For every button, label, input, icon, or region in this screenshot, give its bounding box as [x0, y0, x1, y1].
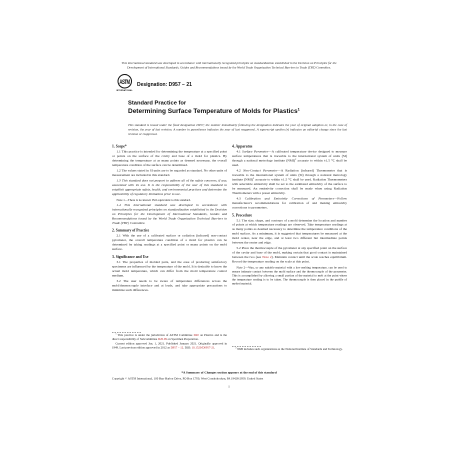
text-run: . DOI: [183, 347, 191, 350]
astm-logo-acronym: ASTM [119, 77, 129, 85]
footnote: Current edition approved Jan. 1, 2021. P… [112, 343, 227, 351]
footnote: 2 NMI includes such organizations as the… [232, 348, 347, 352]
cross-reference-link[interactable]: Note 2 [262, 256, 271, 260]
text-run: This practice is under the jurisdiction … [116, 334, 193, 337]
text-run: Calibration and Emissivity Corrections o… [245, 197, 334, 201]
section-heading: 3. Significance and Use [112, 254, 227, 259]
paragraph: 5.2 Place the thermocouple of the pyrome… [232, 247, 347, 265]
section-heading: 2. Summary of Practice [112, 228, 227, 233]
text-run: Note 1—There is no known ISO equivalent … [117, 198, 191, 202]
note-paragraph: Note 2—Wax, or any suitable material wit… [232, 266, 347, 286]
text-run: 5. Procedure [232, 213, 252, 218]
text-run: 3.1 The properties of molded parts, and … [112, 260, 227, 277]
text-run: 3.2 The user needs to be aware of temper… [112, 280, 227, 292]
copyright-line: Copyright © ASTM International, 100 Barr… [112, 378, 347, 381]
footnote: 1 This practice is under the jurisdictio… [112, 334, 227, 342]
paragraph: 1.1 This practice is intended for determ… [112, 150, 227, 168]
title-block: Standard Practice for Determining Surfac… [128, 100, 348, 115]
title-line2: Determining Surface Temperature of Molds… [128, 107, 348, 115]
text-run: . [214, 347, 215, 350]
title-line1: Standard Practice for [128, 100, 348, 106]
text-run: Surface Pyrometer [242, 150, 268, 154]
text-run: 4. Apparatus [232, 144, 252, 149]
text-run: 4.3 [237, 197, 245, 201]
issued-note: This standard is issued under the fixed … [128, 123, 347, 137]
text-run: 1. Scope* [112, 144, 127, 149]
document-page: This international standard was develope… [0, 0, 458, 458]
paragraph: 4.3 Calibration and Emissivity Correctio… [232, 197, 347, 210]
cross-reference-link[interactable]: D20.09 [158, 338, 167, 341]
paragraph: 3.2 The user needs to be aware of temper… [112, 280, 227, 293]
astm-logo: ASTM INTERNATIONAL [116, 74, 133, 91]
paragraph: 1.4 This international standard was deve… [112, 203, 227, 225]
text-run: NMI includes such organizations as the N… [236, 348, 342, 351]
text-run: 3. Significance and Use [112, 254, 148, 259]
footnotes-left: 1 This practice is under the jurisdictio… [112, 332, 227, 351]
paragraph: 5.1 The size, shape, and contours of a m… [232, 219, 347, 246]
text-run: 2. Summary of Practice [112, 228, 149, 233]
top-disclaimer: This international standard was develope… [113, 61, 345, 70]
paragraph: 1.3 This standard does not purport to ad… [112, 179, 227, 197]
title-footnote-ref[interactable]: 1 [298, 107, 300, 112]
paragraph: 3.1 The properties of molded parts, and … [112, 260, 227, 278]
text-run: 1.3 This standard does not purport to ad… [112, 179, 227, 196]
text-run: 5.1 The size, shape, and contours of a m… [232, 219, 347, 245]
section-heading: 5. Procedure [232, 213, 347, 218]
section-heading: 1. Scope* [112, 144, 227, 149]
title-text: Determining Surface Temperature of Molds… [128, 107, 298, 115]
paragraph: 4.1 Surface Pyrometer—A calibrated tempe… [232, 150, 347, 168]
text-run: 1.1 This practice is intended for determ… [112, 150, 227, 167]
section-heading: 4. Apparatus [232, 144, 347, 149]
text-run: 1.2 The values stated in SI units are to… [112, 169, 227, 177]
paragraph: 4.2 Non-Contact Pyrometer—A Radiation (i… [232, 169, 347, 196]
paragraph: 2.1 With the use of a calibrated surface… [112, 234, 227, 252]
designation: Designation: D957 − 21 [137, 82, 192, 88]
footnotes-right: 2 NMI includes such organizations as the… [232, 346, 347, 353]
astm-logo-icon: ASTM [117, 74, 132, 89]
cross-reference-link[interactable]: D957 – 12 [171, 347, 184, 350]
cross-reference-link[interactable]: 10.1520/D0957-21 [192, 347, 215, 350]
text-run: on Specimen Preparation. [167, 338, 199, 341]
text-run: Non-Contact Pyrometer [243, 169, 277, 173]
column-left: 1. Scope*1.1 This practice is intended f… [112, 144, 227, 294]
text-run: 1.4 This international standard was deve… [112, 203, 227, 224]
astm-logo-subtitle: INTERNATIONAL [116, 89, 133, 91]
text-run: 2.1 With the use of a calibrated surface… [112, 234, 227, 251]
summary-of-changes-note: *A Summary of Changes section appears at… [0, 371, 458, 375]
page-number: 1 [0, 385, 458, 389]
paragraph: 1.2 The values stated in SI units are to… [112, 169, 227, 178]
note-paragraph: Note 1—There is no known ISO equivalent … [112, 198, 227, 202]
text-run: Note 2—Wax, or any suitable material wit… [232, 266, 347, 286]
page-scale-wrapper: This international standard was develope… [0, 0, 458, 458]
column-right: 4. Apparatus4.1 Surface Pyrometer—A cali… [232, 144, 347, 287]
